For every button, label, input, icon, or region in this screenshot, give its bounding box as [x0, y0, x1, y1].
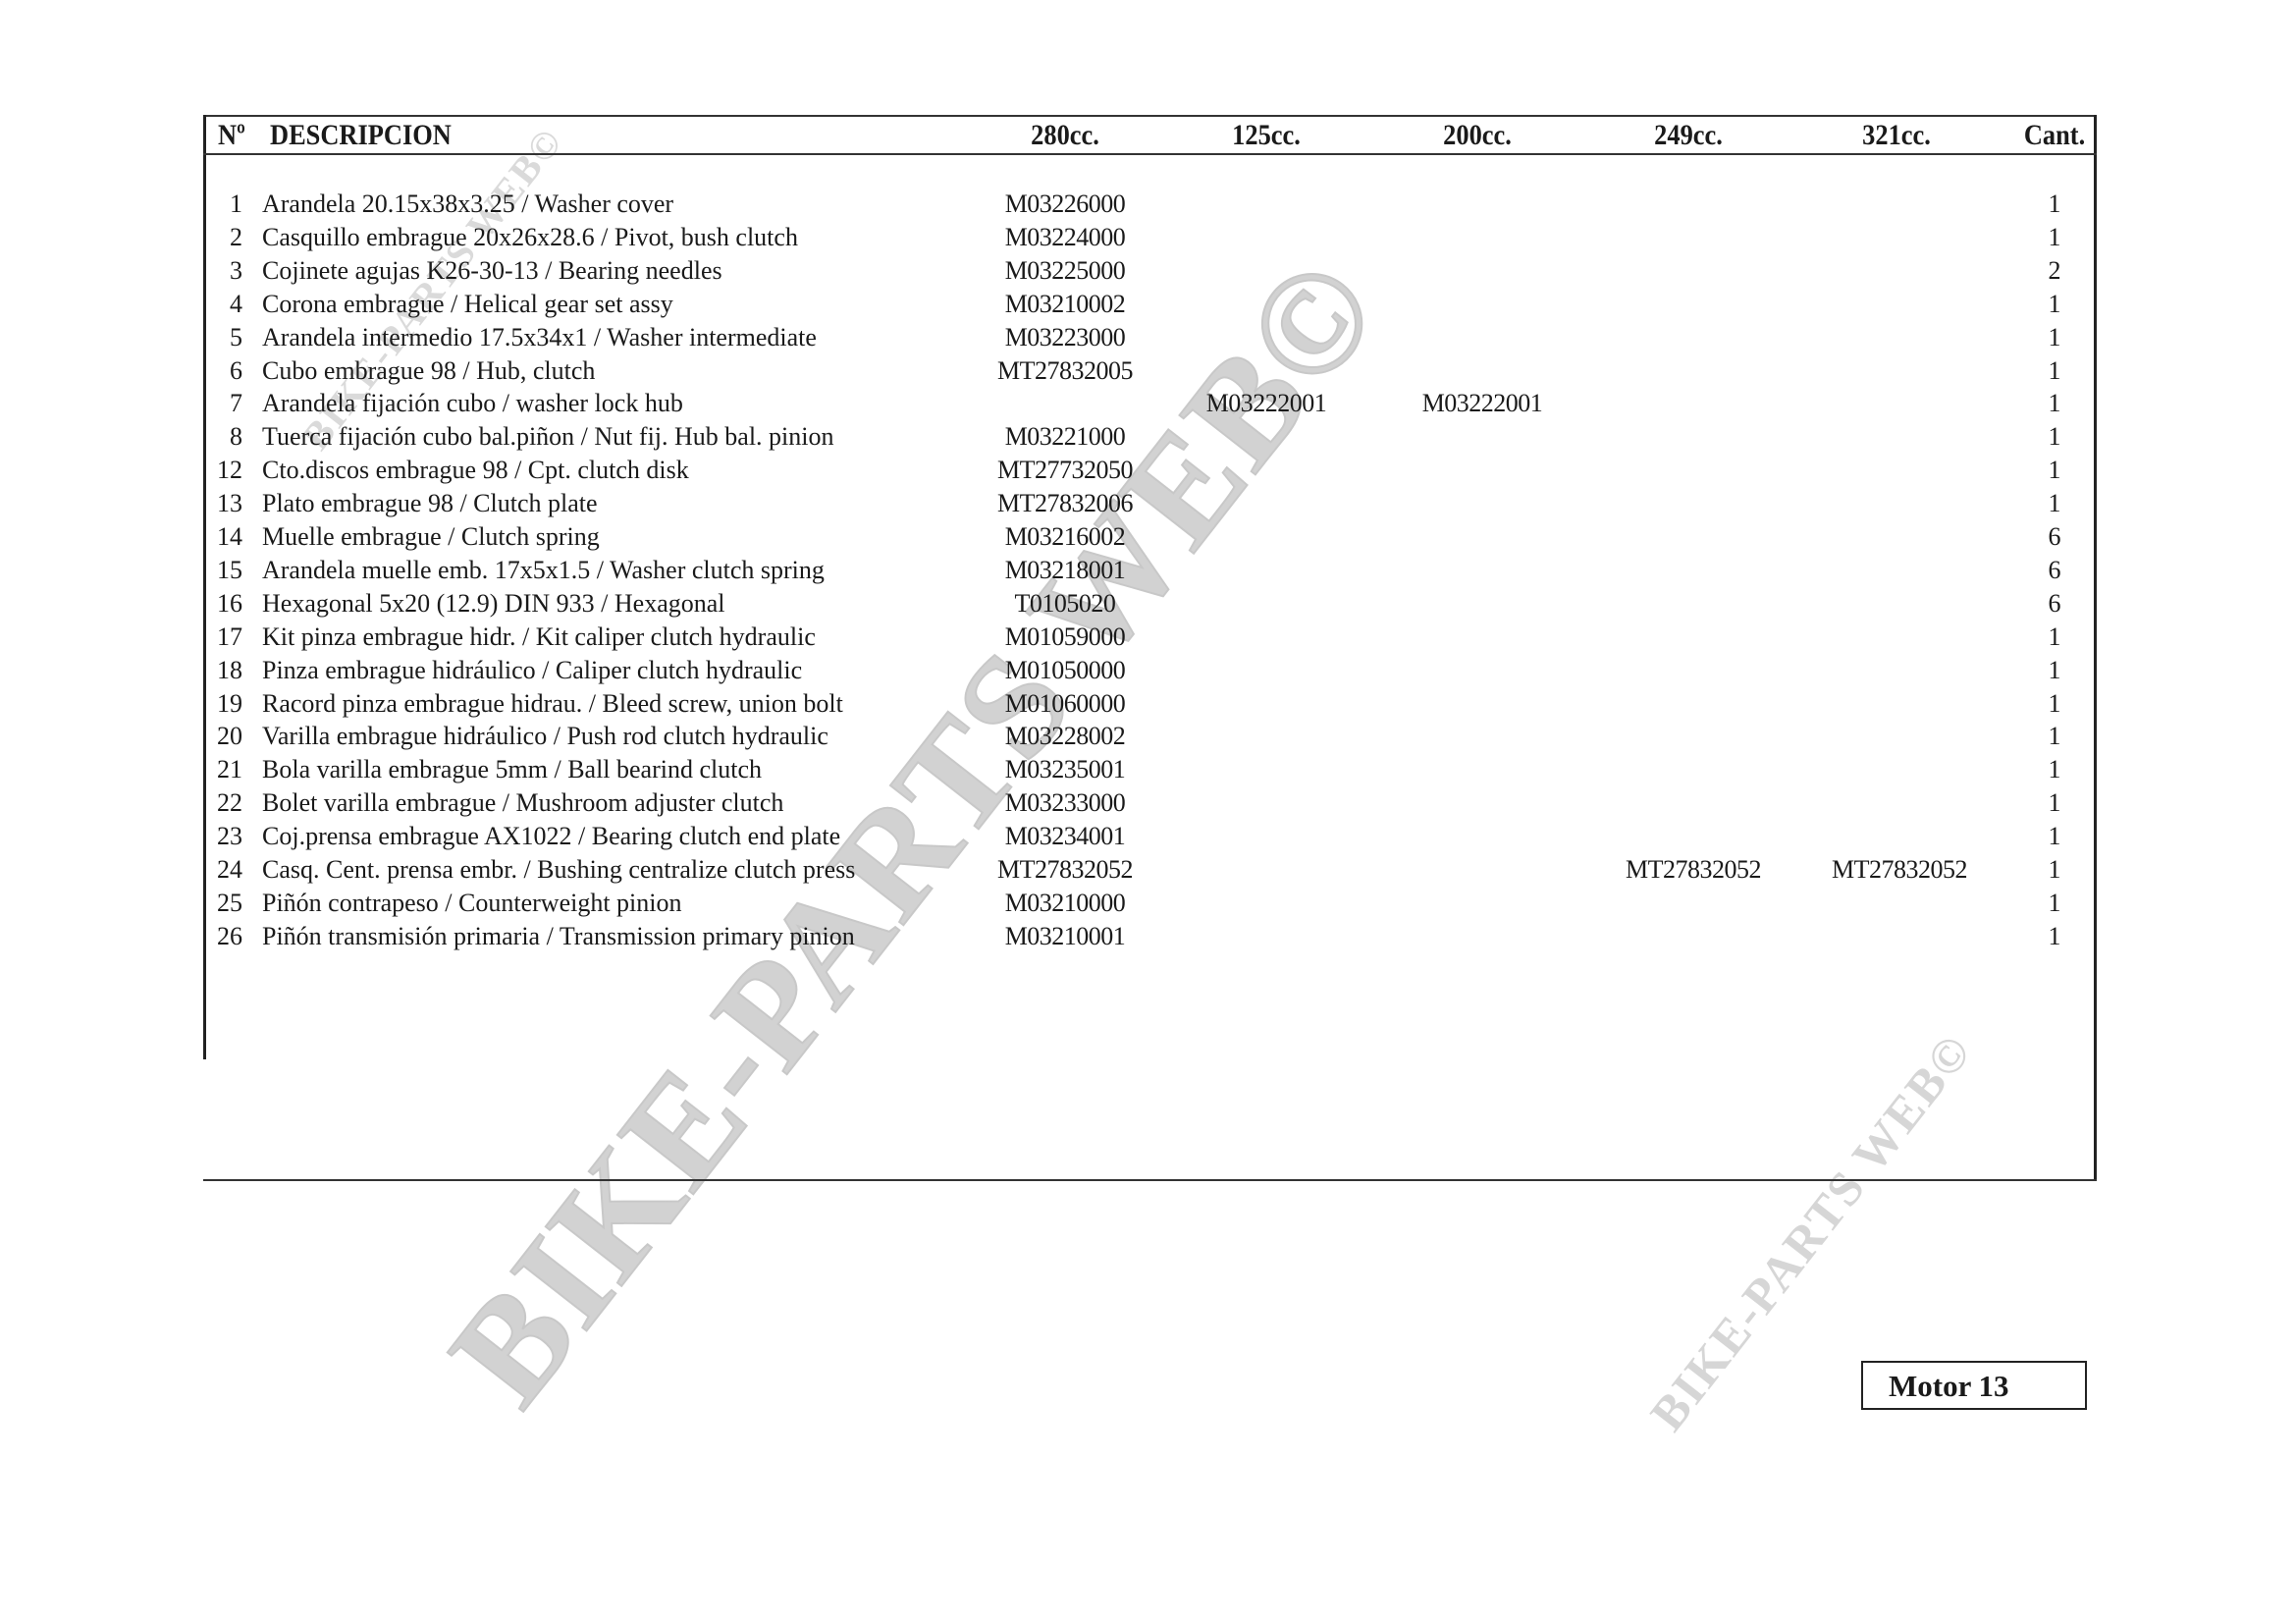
row-quantity: 2 [2035, 254, 2074, 288]
row-quantity: 1 [2035, 454, 2074, 487]
table-row: 24Casq. Cent. prensa embr. / Bushing cen… [203, 853, 2097, 887]
part-321cc: MT27832052 [1801, 853, 1998, 887]
part-280cc: MT27832005 [967, 354, 1163, 388]
row-number: 13 [203, 487, 242, 520]
row-quantity: 1 [2035, 420, 2074, 454]
header-125cc: 125cc. [1198, 119, 1336, 152]
part-280cc: M01059000 [967, 621, 1163, 654]
table-row: 17Kit pinza embrague hidr. / Kit caliper… [203, 621, 2097, 654]
row-number: 1 [203, 188, 242, 221]
part-280cc: M03210000 [967, 887, 1163, 920]
row-quantity: 1 [2035, 853, 2074, 887]
part-280cc: M03226000 [967, 188, 1163, 221]
table-row: 23Coj.prensa embrague AX1022 / Bearing c… [203, 820, 2097, 853]
table-row: 25Piñón contrapeso / Counterweight pinio… [203, 887, 2097, 920]
row-description: Bolet varilla embrague / Mushroom adjust… [262, 786, 783, 820]
row-number: 8 [203, 420, 242, 454]
part-280cc: M01060000 [967, 687, 1163, 721]
section-label: Motor 13 [1889, 1369, 2009, 1404]
row-quantity: 1 [2035, 753, 2074, 786]
row-description: Pinza embrague hidráulico / Caliper clut… [262, 654, 802, 687]
row-quantity: 1 [2035, 820, 2074, 853]
table-row: 7Arandela fijación cubo / washer lock hu… [203, 387, 2097, 420]
part-280cc: M03225000 [967, 254, 1163, 288]
table-row: 6Cubo embrague 98 / Hub, clutchMT2783200… [203, 354, 2097, 388]
row-description: Varilla embrague hidráulico / Push rod c… [262, 720, 828, 753]
header-divider [203, 153, 2097, 155]
row-quantity: 6 [2035, 587, 2074, 621]
table-row: 5Arandela intermedio 17.5x34x1 / Washer … [203, 321, 2097, 354]
table-bottom-border [203, 1179, 2097, 1181]
row-number: 14 [203, 520, 242, 554]
table-row: 4Corona embrague / Helical gear set assy… [203, 288, 2097, 321]
row-number: 17 [203, 621, 242, 654]
part-280cc: M03235001 [967, 753, 1163, 786]
part-280cc: M03223000 [967, 321, 1163, 354]
row-quantity: 1 [2035, 920, 2074, 953]
part-280cc: M03228002 [967, 720, 1163, 753]
row-description: Arandela fijación cubo / washer lock hub [262, 387, 683, 420]
row-number: 21 [203, 753, 242, 786]
row-quantity: 1 [2035, 387, 2074, 420]
row-number: 20 [203, 720, 242, 753]
row-description: Racord pinza embrague hidrau. / Bleed sc… [262, 687, 843, 721]
parts-table: Nº DESCRIPCION 280cc. 125cc. 200cc. 249c… [203, 115, 2097, 1181]
table-row: 21Bola varilla embrague 5mm / Ball beari… [203, 753, 2097, 786]
row-quantity: 1 [2035, 621, 2074, 654]
header-200cc: 200cc. [1409, 119, 1547, 152]
row-quantity: 1 [2035, 487, 2074, 520]
row-number: 22 [203, 786, 242, 820]
part-280cc: M03210002 [967, 288, 1163, 321]
row-description: Coj.prensa embrague AX1022 / Bearing clu… [262, 820, 840, 853]
row-number: 25 [203, 887, 242, 920]
part-280cc: M03224000 [967, 221, 1163, 254]
row-number: 15 [203, 554, 242, 587]
row-number: 2 [203, 221, 242, 254]
table-row: 22Bolet varilla embrague / Mushroom adju… [203, 786, 2097, 820]
table-row: 16Hexagonal 5x20 (12.9) DIN 933 / Hexago… [203, 587, 2097, 621]
row-quantity: 1 [2035, 654, 2074, 687]
row-description: Piñón contrapeso / Counterweight pinion [262, 887, 682, 920]
row-description: Casq. Cent. prensa embr. / Bushing centr… [262, 853, 855, 887]
row-description: Piñón transmisión primaria / Transmissio… [262, 920, 855, 953]
table-row: 1Arandela 20.15x38x3.25 / Washer coverM0… [203, 188, 2097, 221]
table-top-border [203, 115, 2097, 117]
row-number: 5 [203, 321, 242, 354]
part-249cc: MT27832052 [1595, 853, 1791, 887]
row-description: Casquillo embrague 20x26x28.6 / Pivot, b… [262, 221, 798, 254]
part-280cc: M03216002 [967, 520, 1163, 554]
row-quantity: 6 [2035, 554, 2074, 587]
row-quantity: 1 [2035, 188, 2074, 221]
part-280cc: M03234001 [967, 820, 1163, 853]
header-quantity: Cant. [1986, 119, 2124, 152]
part-280cc: MT27832052 [967, 853, 1163, 887]
part-125cc: M03222001 [1168, 387, 1364, 420]
row-description: Arandela muelle emb. 17x5x1.5 / Washer c… [262, 554, 825, 587]
row-quantity: 1 [2035, 321, 2074, 354]
part-280cc: MT27732050 [967, 454, 1163, 487]
table-row: 13Plato embrague 98 / Clutch plateMT2783… [203, 487, 2097, 520]
table-row: 2Casquillo embrague 20x26x28.6 / Pivot, … [203, 221, 2097, 254]
header-280cc: 280cc. [996, 119, 1135, 152]
row-number: 16 [203, 587, 242, 621]
row-number: 6 [203, 354, 242, 388]
row-description: Tuerca fijación cubo bal.piñon / Nut fij… [262, 420, 834, 454]
part-280cc: M03218001 [967, 554, 1163, 587]
row-quantity: 1 [2035, 786, 2074, 820]
row-quantity: 1 [2035, 354, 2074, 388]
part-280cc: MT27832006 [967, 487, 1163, 520]
table-row: 26Piñón transmisión primaria / Transmiss… [203, 920, 2097, 953]
row-description: Plato embrague 98 / Clutch plate [262, 487, 598, 520]
part-280cc: M03210001 [967, 920, 1163, 953]
row-number: 18 [203, 654, 242, 687]
row-description: Bola varilla embrague 5mm / Ball bearind… [262, 753, 762, 786]
row-description: Kit pinza embrague hidr. / Kit caliper c… [262, 621, 816, 654]
row-description: Corona embrague / Helical gear set assy [262, 288, 673, 321]
table-row: 19Racord pinza embrague hidrau. / Bleed … [203, 687, 2097, 721]
row-quantity: 1 [2035, 687, 2074, 721]
section-label-box: Motor 13 [1861, 1361, 2087, 1410]
row-description: Hexagonal 5x20 (12.9) DIN 933 / Hexagona… [262, 587, 725, 621]
part-280cc: M01050000 [967, 654, 1163, 687]
row-quantity: 1 [2035, 288, 2074, 321]
row-description: Cto.discos embrague 98 / Cpt. clutch dis… [262, 454, 689, 487]
row-number: 23 [203, 820, 242, 853]
row-number: 4 [203, 288, 242, 321]
row-quantity: 1 [2035, 221, 2074, 254]
row-number: 26 [203, 920, 242, 953]
part-280cc: T0105020 [967, 587, 1163, 621]
row-number: 24 [203, 853, 242, 887]
table-row: 14Muelle embrague / Clutch springM032160… [203, 520, 2097, 554]
header-number: Nº [218, 119, 245, 152]
table-row: 3Cojinete agujas K26-30-13 / Bearing nee… [203, 254, 2097, 288]
table-row: 8Tuerca fijación cubo bal.piñon / Nut fi… [203, 420, 2097, 454]
row-quantity: 1 [2035, 720, 2074, 753]
row-number: 7 [203, 387, 242, 420]
part-280cc: M03233000 [967, 786, 1163, 820]
row-description: Cojinete agujas K26-30-13 / Bearing need… [262, 254, 722, 288]
part-200cc: M03222001 [1384, 387, 1580, 420]
table-row: 15Arandela muelle emb. 17x5x1.5 / Washer… [203, 554, 2097, 587]
row-description: Muelle embrague / Clutch spring [262, 520, 600, 554]
row-quantity: 1 [2035, 887, 2074, 920]
table-row: 12Cto.discos embrague 98 / Cpt. clutch d… [203, 454, 2097, 487]
header-249cc: 249cc. [1620, 119, 1758, 152]
row-description: Arandela 20.15x38x3.25 / Washer cover [262, 188, 673, 221]
row-description: Cubo embrague 98 / Hub, clutch [262, 354, 595, 388]
row-number: 12 [203, 454, 242, 487]
row-quantity: 6 [2035, 520, 2074, 554]
row-number: 19 [203, 687, 242, 721]
table-row: 18Pinza embrague hidráulico / Caliper cl… [203, 654, 2097, 687]
row-number: 3 [203, 254, 242, 288]
part-280cc: M03221000 [967, 420, 1163, 454]
header-321cc: 321cc. [1828, 119, 1966, 152]
header-description: DESCRIPCION [270, 119, 452, 152]
row-description: Arandela intermedio 17.5x34x1 / Washer i… [262, 321, 817, 354]
table-row: 20Varilla embrague hidráulico / Push rod… [203, 720, 2097, 753]
